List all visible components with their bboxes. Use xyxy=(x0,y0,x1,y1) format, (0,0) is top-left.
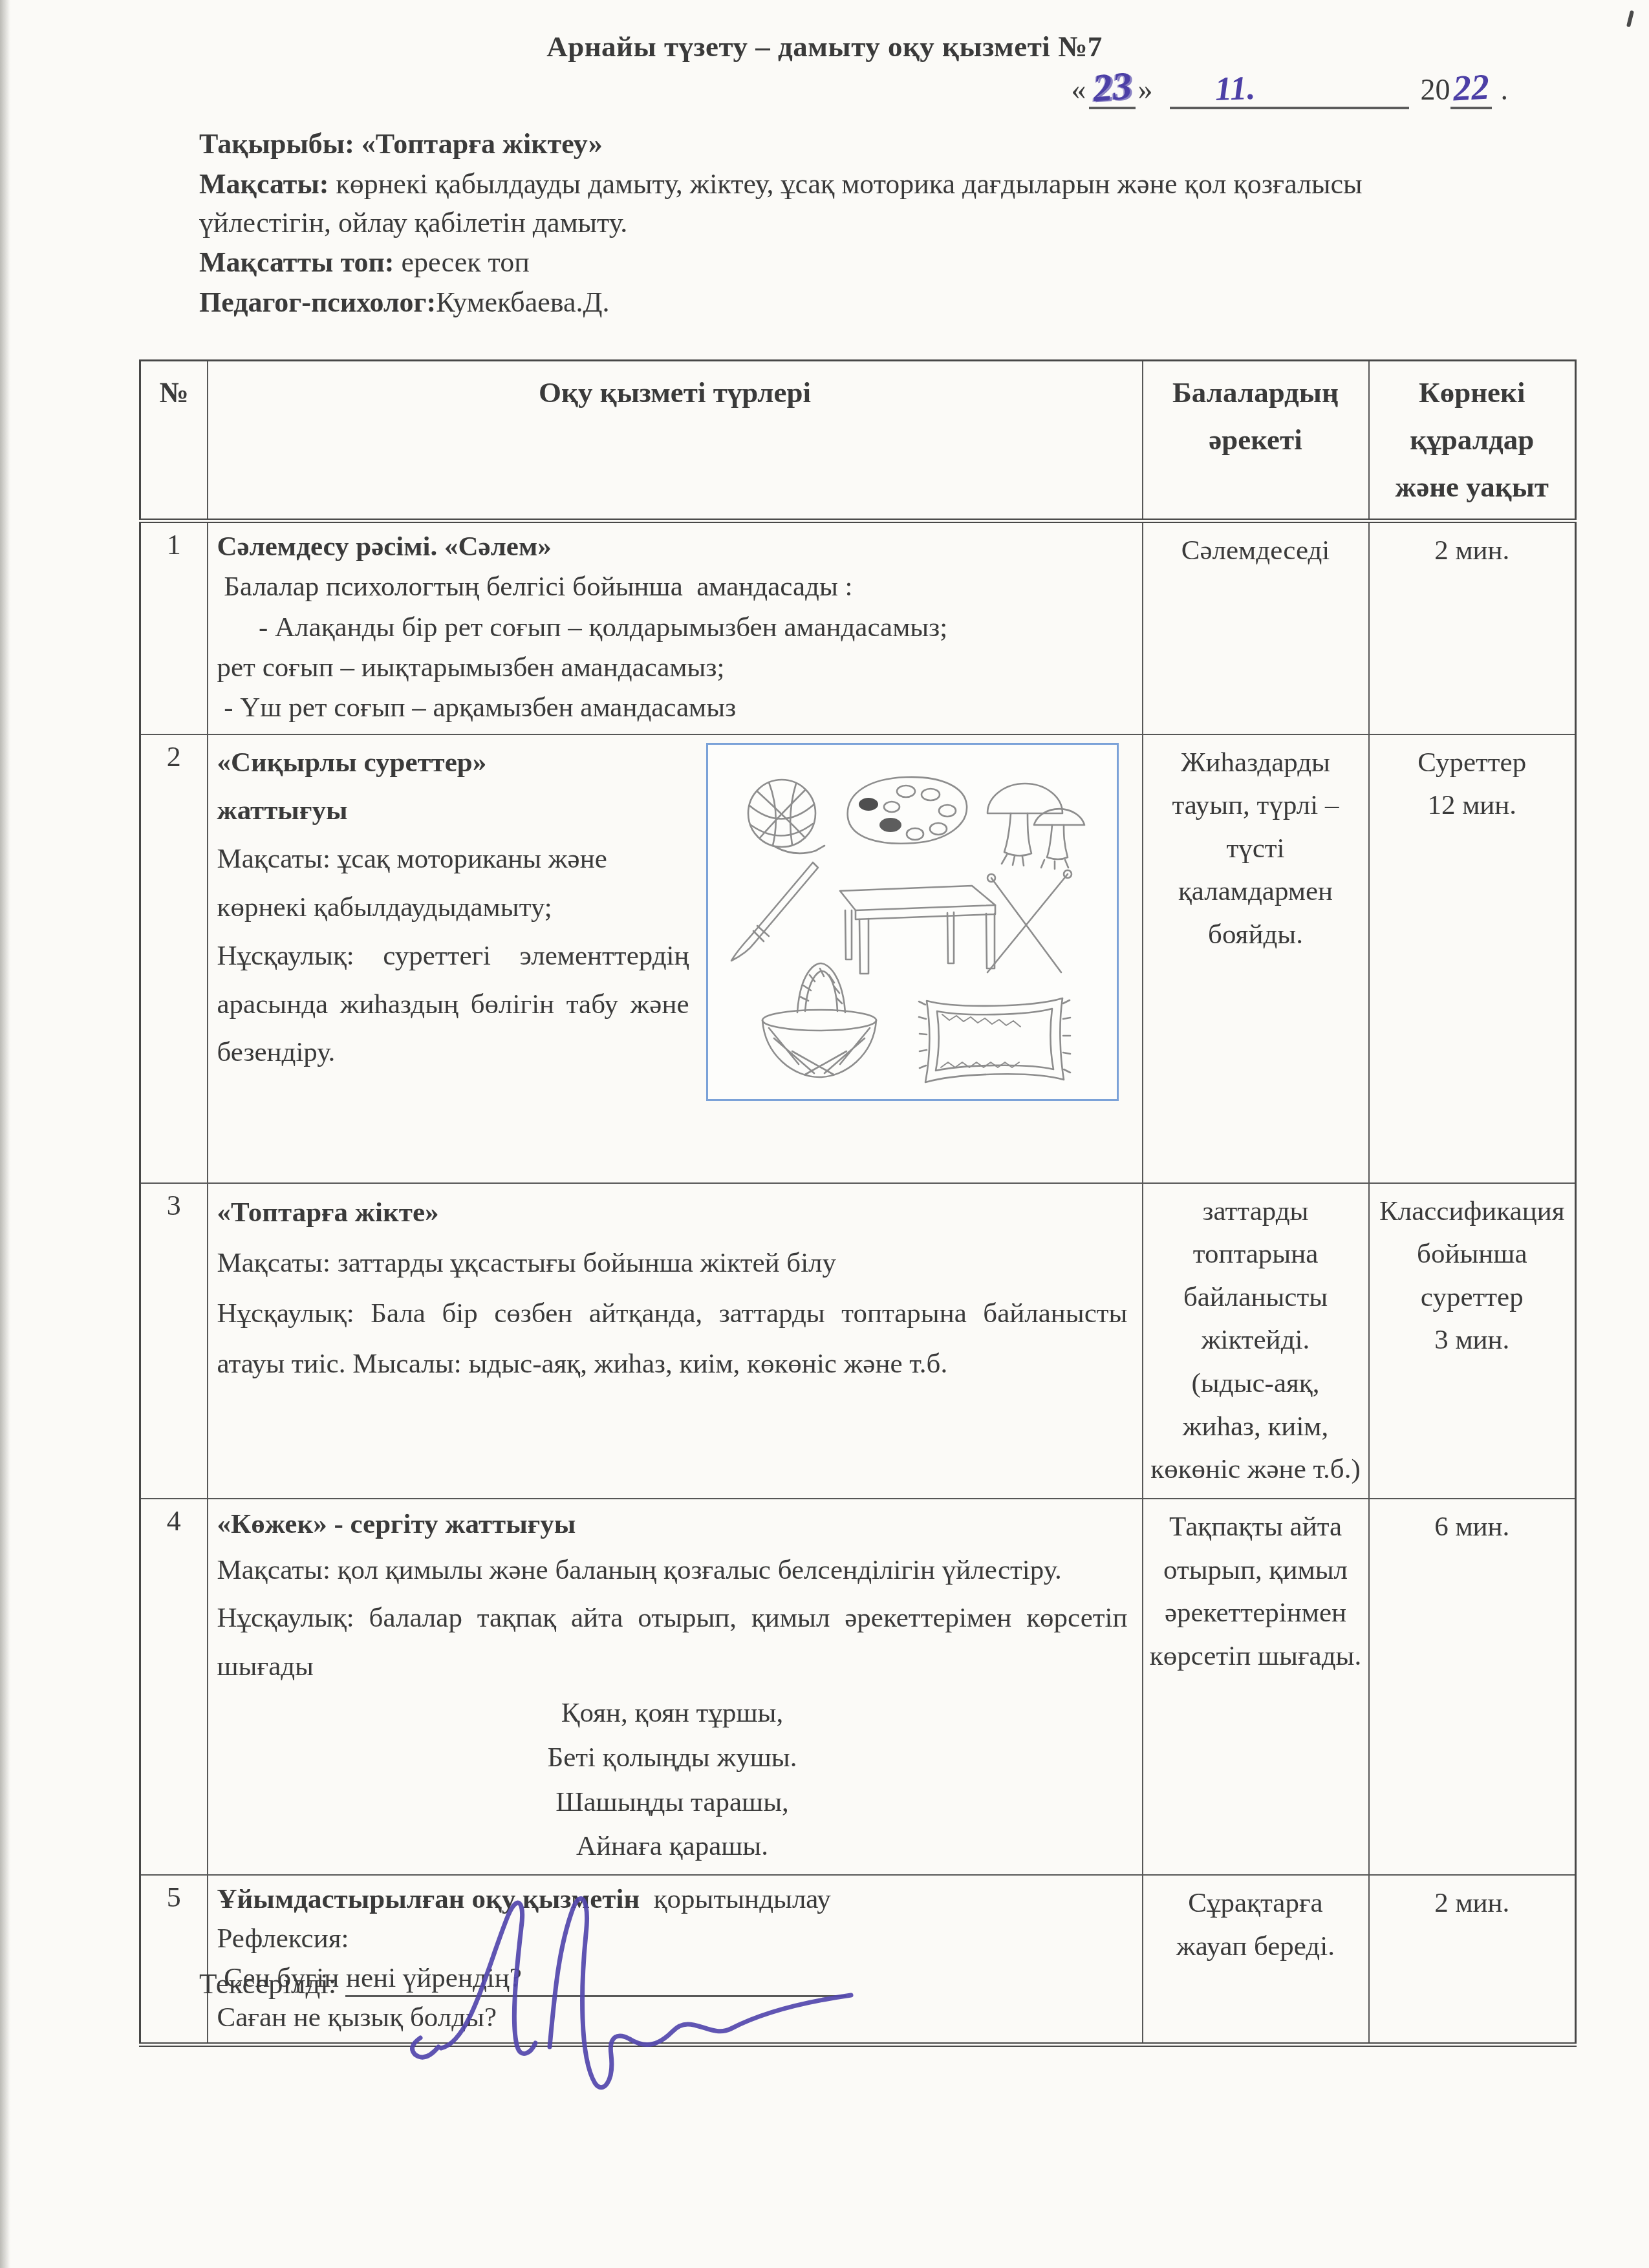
target-group-value: ересек топ xyxy=(394,246,529,278)
activity-paragraph: Мақсаты: қол қимылы және баланың қозғалы… xyxy=(217,1546,1128,1595)
text-run: Мақсаты: қол қимылы және баланың қозғалы… xyxy=(217,1555,1062,1585)
resource-line: 12 мин. xyxy=(1376,784,1569,828)
activity-paragraph: «Көжек» - сергіту жаттығуы xyxy=(217,1503,1128,1546)
activity-paragraph: - Алақанды бір рет соғып – қолдарымызбен… xyxy=(217,608,1128,648)
header-children-action: Балалардың әрекеті xyxy=(1143,361,1369,521)
row-number-cell: 5 xyxy=(140,1875,208,2045)
text-run: - Алақанды бір рет соғып – қолдарымызбен… xyxy=(217,612,948,643)
signature-blank-line xyxy=(345,1995,846,1997)
activity-cell: Ұйымдастырылған оқу қызметін қорытындыла… xyxy=(208,1875,1143,2045)
psychologist-value: Кумекбаева.Д. xyxy=(436,286,609,318)
action-line: (ыдыс-аяқ, жиһаз, киім, көкөніс және т.б… xyxy=(1150,1362,1362,1492)
lesson-table-body: 1Сәлемдесу рәсімі. «Сәлем» Балалар психо… xyxy=(140,520,1576,2045)
resource-line: 2 мин. xyxy=(1376,1882,1569,1925)
bold-text-run: «Сиқырлы суреттер» xyxy=(217,747,487,778)
lesson-table: № Оқу қызметі түрлері Балалардың әрекеті… xyxy=(139,359,1577,2047)
pillow-icon xyxy=(919,998,1070,1082)
activity-paragraph: Нұсқаулық: Бала бір сөзбен айтқанда, зат… xyxy=(217,1289,1128,1390)
goal-line: Мақсаты: көрнекі қабылдауды дамыту, жікт… xyxy=(199,165,1377,242)
text-run: Саған не қызық болды? xyxy=(217,2002,497,2033)
date-month-underline: 11. xyxy=(1170,72,1409,109)
activity-paragraph: Шашыңды тарашы, xyxy=(217,1781,1128,1825)
text-run: Қоян, қоян тұршы, xyxy=(561,1698,783,1728)
action-line: Жиһаздарды тауып, түрлі – түсті қаламдар… xyxy=(1150,742,1362,957)
text-run: - Үш рет соғып – арқамызбен амандасамыз xyxy=(217,692,737,723)
table-row: 1Сәлемдесу рәсімі. «Сәлем» Балалар психо… xyxy=(140,520,1576,734)
activity-cell: «Көжек» - сергіту жаттығуыМақсаты: қол қ… xyxy=(208,1499,1143,1875)
bold-text-run: «Топтарға жікте» xyxy=(217,1197,439,1228)
handwritten-month: 11. xyxy=(1214,73,1256,105)
text-run: Балалар психологтың белгісі бойынша аман… xyxy=(217,572,853,602)
resources-cell: Классификация бойынша суреттер3 мин. xyxy=(1369,1183,1576,1499)
activity-cell: Сәлемдесу рәсімі. «Сәлем» Балалар психол… xyxy=(208,520,1143,734)
scan-edge-shadow xyxy=(0,0,10,2268)
yarn-ball-icon xyxy=(748,780,824,853)
magic-pictures xyxy=(706,743,1119,1101)
date-period: . xyxy=(1501,73,1509,106)
goal-value: көрнекі қабылдауды дамыту, жіктеу, ұсақ … xyxy=(199,168,1363,239)
table-row: 3«Топтарға жікте»Мақсаты: заттарды ұқсас… xyxy=(140,1183,1576,1499)
magic-pictures-image xyxy=(717,754,1108,1090)
activity-paragraph: Беті қолыңды жушы. xyxy=(217,1736,1128,1781)
page-title: Арнайы түзету – дамыту оқу қызметі №7 xyxy=(0,0,1649,63)
bold-text-run: Ұйымдастырылған оқу қызметін xyxy=(217,1884,640,1914)
resource-line: 3 мин. xyxy=(1376,1319,1569,1362)
row-number-cell: 4 xyxy=(140,1499,208,1875)
table-row: 5Ұйымдастырылған оқу қызметін қорытындыл… xyxy=(140,1875,1576,2045)
activity-cell: «Топтарға жікте»Мақсаты: заттарды ұқсаст… xyxy=(208,1183,1143,1499)
action-line: Сәлемдеседі xyxy=(1150,530,1362,573)
action-line: Сұрақтарға жауап береді. xyxy=(1150,1882,1362,1968)
meta-block: Тақырыбы: «Топтарға жіктеу» Мақсаты: көр… xyxy=(199,125,1377,322)
handwritten-year: 22 xyxy=(1452,72,1489,105)
text-run: рет соғып – иықтарымызбен амандасамыз; xyxy=(217,652,725,683)
activity-paragraph: Қоян, қоян тұршы, xyxy=(217,1691,1128,1736)
bold-text-run: Сәлемдесу рәсімі. «Сәлем» xyxy=(217,531,552,562)
resource-line: Суреттер xyxy=(1376,742,1569,785)
activity-paragraph: Айнаға қарашы. xyxy=(217,1824,1128,1869)
date-line: «23»11.2022. xyxy=(0,70,1508,109)
date-year-printed: 20 xyxy=(1421,73,1450,106)
mushrooms-icon xyxy=(987,784,1084,869)
psychologist-line: Педагог-психолог:Кумекбаева.Д. xyxy=(199,283,1377,322)
date-year-underline: 22 xyxy=(1450,72,1492,109)
text-run: Мақсаты: заттарды ұқсастығы бойынша жікт… xyxy=(217,1248,837,1278)
activity-paragraph: «Топтарға жікте» xyxy=(217,1188,1128,1238)
target-group-line: Мақсатты топ: ересек топ xyxy=(199,243,1377,282)
text-run: Мақсаты: ұсақ моториканы және көрнекі қа… xyxy=(217,844,614,923)
activity-paragraph: Сәлемдесу рәсімі. «Сәлем» xyxy=(217,527,1128,567)
resources-cell: Суреттер12 мин. xyxy=(1369,734,1576,1183)
children-action-cell: Тақпақты айта отырып, қимыл әрекеттерінм… xyxy=(1143,1499,1369,1875)
bold-text-run: «Көжек» - сергіту жаттығуы xyxy=(217,1509,576,1539)
activity-paragraph: Рефлексия: xyxy=(217,1919,1128,1958)
psychologist-label: Педагог-психолог: xyxy=(199,286,436,318)
resource-line: 6 мин. xyxy=(1376,1506,1569,1549)
activity-paragraph: Мақсаты: заттарды ұқсастығы бойынша жікт… xyxy=(217,1238,1128,1289)
table-row: 2 xyxy=(140,734,1576,1183)
checked-line: Тексерілді: xyxy=(199,1967,846,2000)
text-run: Айнаға қарашы. xyxy=(576,1831,768,1861)
row-number-cell: 1 xyxy=(140,520,208,734)
date-close-quote: » xyxy=(1138,73,1153,106)
text-run: Нұсқаулық: суреттегі элементтердің арасы… xyxy=(217,941,689,1068)
action-line: Тақпақты айта отырып, қимыл әрекеттерінм… xyxy=(1150,1506,1362,1678)
header-activity-types: Оқу қызметі түрлері xyxy=(208,361,1143,521)
children-action-cell: Жиһаздарды тауып, түрлі – түсті қаламдар… xyxy=(1143,734,1369,1183)
resource-line: 2 мин. xyxy=(1376,530,1569,573)
children-action-cell: заттарды топтарына байланысты жіктейді.(… xyxy=(1143,1183,1369,1499)
row-number-cell: 3 xyxy=(140,1183,208,1499)
basket-icon xyxy=(762,963,876,1077)
activity-paragraph: рет соғып – иықтарымызбен амандасамыз; xyxy=(217,648,1128,688)
date-day-underline: 23 xyxy=(1089,70,1136,109)
document-page: Арнайы түзету – дамыту оқу қызметі №7 «2… xyxy=(0,0,1649,2268)
children-action-cell: Сұрақтарға жауап береді. xyxy=(1143,1875,1369,2045)
text-run: Нұсқаулық: Бала бір сөзбен айтқанда, зат… xyxy=(217,1298,1128,1379)
topic-label: Тақырыбы: xyxy=(199,128,354,160)
handwritten-day: 23 xyxy=(1091,68,1132,105)
resource-line: Классификация бойынша суреттер xyxy=(1376,1190,1569,1320)
text-run: қорытындылау xyxy=(640,1884,831,1914)
table-header-row: № Оқу қызметі түрлері Балалардың әрекеті… xyxy=(140,361,1576,521)
goal-label: Мақсаты: xyxy=(199,168,329,200)
resources-cell: 2 мин. xyxy=(1369,520,1576,734)
activity-cell: «Сиқырлы суреттер»жаттығуыМақсаты: ұсақ … xyxy=(208,734,1143,1183)
topic-line: Тақырыбы: «Топтарға жіктеу» xyxy=(199,125,1377,164)
resources-cell: 2 мин. xyxy=(1369,1875,1576,2045)
activity-paragraph: Саған не қызық болды? xyxy=(217,1998,1128,2037)
resources-cell: 6 мин. xyxy=(1369,1499,1576,1875)
children-action-cell: Сәлемдеседі xyxy=(1143,520,1369,734)
checked-label: Тексерілді: xyxy=(199,1967,336,2000)
target-group-label: Мақсатты топ: xyxy=(199,246,394,278)
text-run: Беті қолыңды жушы. xyxy=(548,1742,797,1773)
activity-paragraph: Балалар психологтың белгісі бойынша аман… xyxy=(217,567,1128,607)
header-resources-time: Көрнекі құралдар және уақыт xyxy=(1369,361,1576,521)
bold-text-run: жаттығуы xyxy=(217,795,348,826)
topic-value: «Топтарға жіктеу» xyxy=(354,128,603,160)
text-run: Рефлексия: xyxy=(217,1923,349,1954)
date-open-quote: « xyxy=(1072,73,1086,106)
table-row: 4«Көжек» - сергіту жаттығуыМақсаты: қол … xyxy=(140,1499,1576,1875)
knitting-needles-icon xyxy=(987,870,1072,972)
paintbrush-icon xyxy=(731,862,818,961)
table-icon xyxy=(840,886,995,974)
text-run: Нұсқаулық: балалар тақпақ айта отырып, қ… xyxy=(217,1603,1128,1682)
paint-palette-icon xyxy=(847,776,966,843)
action-line: заттарды топтарына байланысты жіктейді. xyxy=(1150,1190,1362,1363)
activity-paragraph: Ұйымдастырылған оқу қызметін қорытындыла… xyxy=(217,1879,1128,1919)
activity-paragraph: - Үш рет соғып – арқамызбен амандасамыз xyxy=(217,688,1128,728)
header-number: № xyxy=(140,361,208,521)
text-run: Шашыңды тарашы, xyxy=(555,1787,789,1817)
row-number-cell: 2 xyxy=(140,734,208,1183)
activity-paragraph: Нұсқаулық: балалар тақпақ айта отырып, қ… xyxy=(217,1594,1128,1691)
